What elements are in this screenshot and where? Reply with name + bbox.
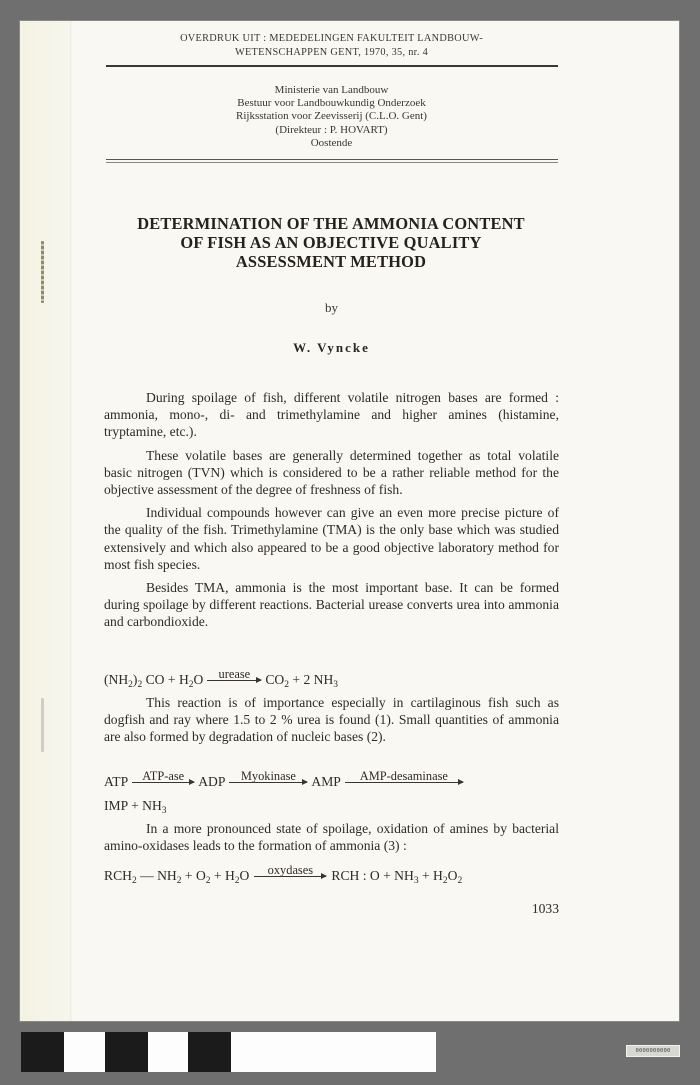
oxidase-equation: RCH2 — NH2 + O2 + H2OoxydasesRCH : O + N… (104, 866, 574, 884)
scale-block-white (148, 1032, 188, 1072)
institution-line: (Direkteur : P. HOVART) (104, 124, 559, 137)
compound-amp: AMP (311, 774, 340, 789)
institution-block: Ministerie van Landbouw Bestuur voor Lan… (104, 84, 559, 150)
institution-line: Ministerie van Landbouw (104, 84, 559, 97)
institution-line: Oostende (104, 137, 559, 150)
reaction-arrow: ATP-ase (132, 772, 194, 785)
title-line: DETERMINATION OF THE AMMONIA CONTENT (100, 214, 562, 233)
page-number: 1033 (500, 901, 559, 917)
author-name: W. Vyncke (104, 340, 559, 356)
equation-rhs: CO2 + 2 NH3 (265, 672, 338, 687)
color-scale-bar (21, 1032, 436, 1072)
staple-mark (41, 698, 44, 752)
offprint-header: OVERDRUK UIT : MEDEDELINGEN FAKULTEIT LA… (104, 32, 559, 60)
title-line: OF FISH AS AN OBJECTIVE QUALITY (100, 233, 562, 252)
body-text-3: In a more pronounced state of spoilage, … (104, 820, 559, 854)
reaction-arrow: oxydases (254, 866, 326, 879)
scale-block-black (105, 1032, 148, 1072)
body-text-1: During spoilage of fish, different volat… (104, 389, 559, 631)
paragraph: These volatile bases are generally deter… (104, 447, 559, 499)
paper-title: DETERMINATION OF THE AMMONIA CONTENT OF … (100, 214, 562, 271)
header-rule (106, 65, 558, 67)
reaction-arrow: Myokinase (229, 772, 307, 785)
atp-degradation-equation: ATPATP-aseADPMyokinaseAMPAMP-desaminase (104, 772, 574, 790)
paragraph: This reaction is of importance especiall… (104, 694, 559, 746)
reaction-arrow: AMP-desaminase (345, 772, 463, 785)
archive-barcode-label: 0000000000 (626, 1045, 680, 1057)
institution-line: Rijksstation voor Zeevisserij (C.L.O. Ge… (104, 110, 559, 123)
page-fold (70, 21, 72, 1021)
equation-lhs: (NH2)2 CO + H2O (104, 672, 203, 687)
scale-block-black (21, 1032, 64, 1072)
header-line: WETENSCHAPPEN GENT, 1970, 35, nr. 4 (104, 46, 559, 60)
paragraph: Individual compounds however can give an… (104, 504, 559, 573)
scale-block-white (231, 1032, 436, 1072)
body-text-2: This reaction is of importance especiall… (104, 694, 559, 746)
institution-rule (106, 159, 558, 163)
header-line: OVERDRUK UIT : MEDEDELINGEN FAKULTEIT LA… (104, 32, 559, 46)
scale-block-white (64, 1032, 105, 1072)
urease-equation: (NH2)2 CO + H2OureaseCO2 + 2 NH3 (104, 670, 574, 688)
compound-atp: ATP (104, 774, 128, 789)
institution-line: Bestuur voor Landbouwkundig Onderzoek (104, 97, 559, 110)
paragraph: In a more pronounced state of spoilage, … (104, 820, 559, 854)
atp-product-line: IMP + NH3 (104, 797, 574, 814)
byline: by (104, 300, 559, 316)
staple-mark (41, 241, 44, 303)
reaction-arrow: urease (207, 670, 261, 683)
scale-block-black (188, 1032, 231, 1072)
title-line: ASSESSMENT METHOD (100, 252, 562, 271)
paragraph: Besides TMA, ammonia is the most importa… (104, 579, 559, 631)
binding-margin (20, 21, 70, 1021)
paragraph: During spoilage of fish, different volat… (104, 389, 559, 441)
compound-adp: ADP (198, 774, 225, 789)
